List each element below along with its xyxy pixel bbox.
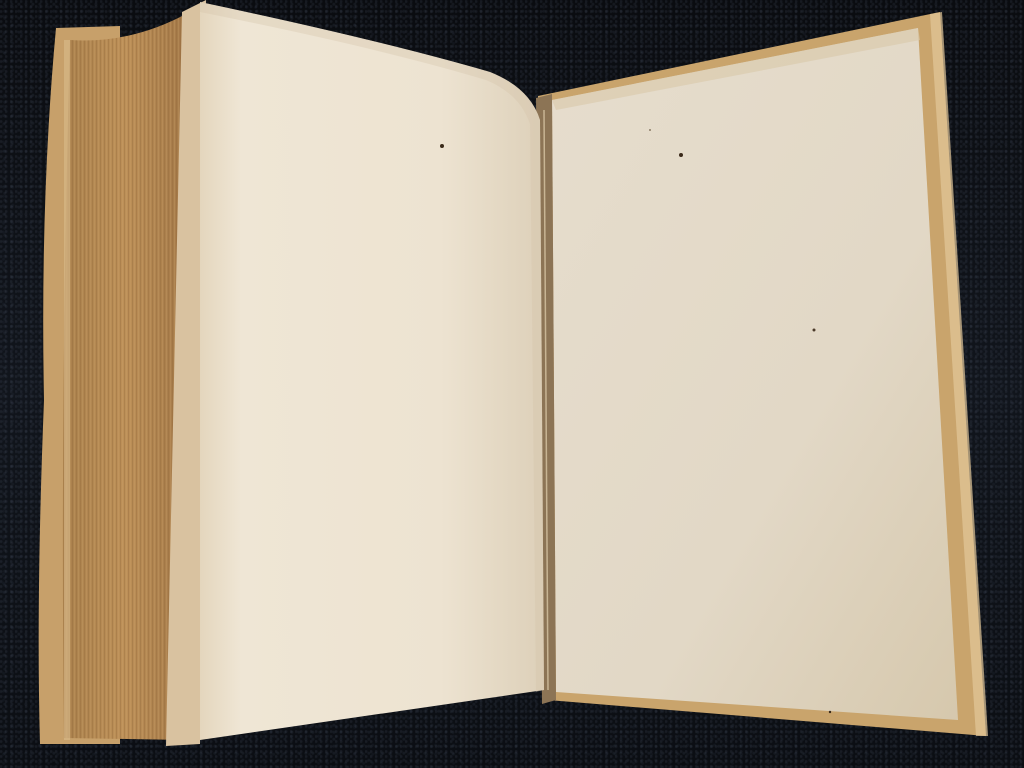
right-page (552, 28, 958, 720)
left-page (200, 2, 544, 740)
photo-scene (0, 0, 1024, 768)
open-book (0, 0, 1024, 768)
page-block (63, 14, 186, 740)
